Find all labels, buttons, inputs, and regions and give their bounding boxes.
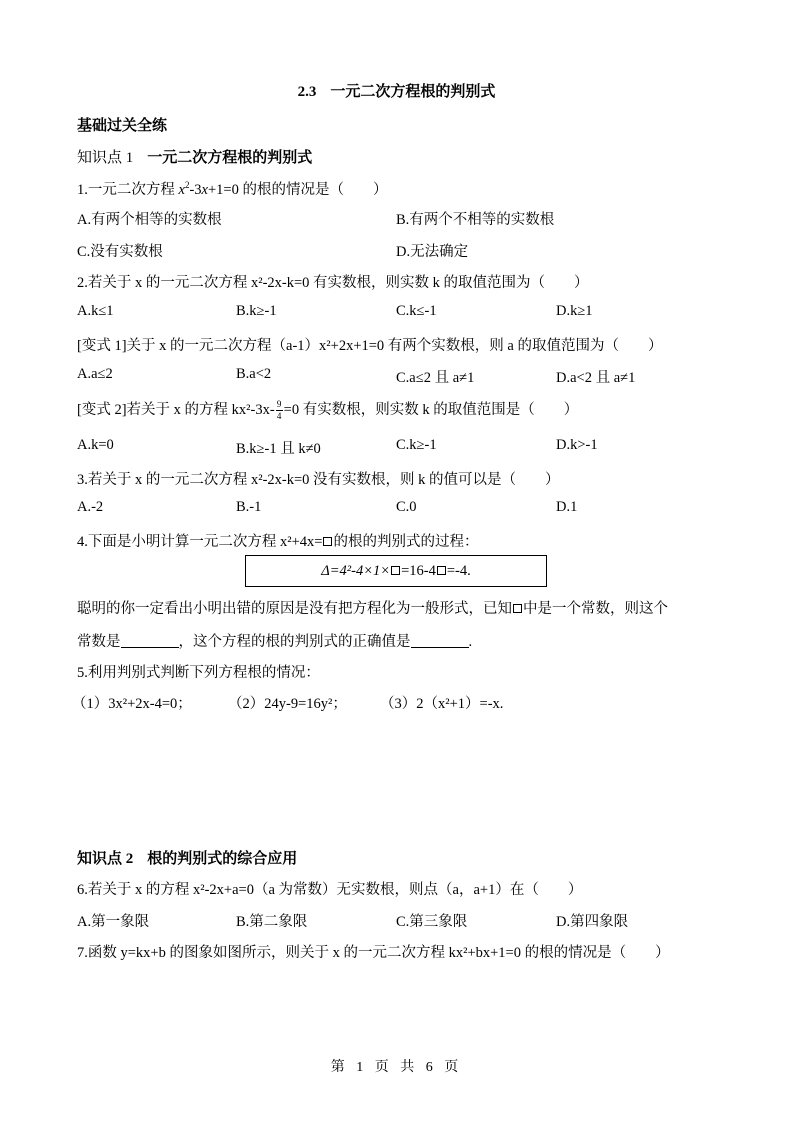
var1-option-c: C.a≤2 且 a≠1	[396, 366, 474, 387]
q2-option-b: B.k≥-1	[236, 303, 277, 320]
q1-option-c: C.没有实数根	[77, 240, 163, 261]
var2-option-b: B.k≥-1 且 k≠0	[236, 437, 321, 458]
variant-2: [变式 2]若关于 x 的方程 kx²-3x-94=0 有实数根，则实数 k 的…	[77, 398, 578, 421]
q1-option-a: A.有两个相等的实数根	[77, 208, 222, 229]
topic-2-heading: 知识点 2根的判别式的综合应用	[77, 847, 297, 868]
placeholder-square-icon	[437, 566, 446, 575]
page-title: 2.3一元二次方程根的判别式	[0, 80, 793, 101]
variant-1: [变式 1]关于 x 的一元二次方程（a-1）x²+2x+1=0 有两个实数根，…	[77, 334, 662, 355]
q5-item-1: （1）3x²+2x-4=0；	[72, 692, 192, 713]
q1-option-d: D.无法确定	[396, 240, 468, 261]
q3-option-a: A.-2	[77, 499, 103, 516]
q2-option-c: C.k≤-1	[396, 303, 437, 320]
topic-1-heading: 知识点 1一元二次方程根的判别式	[77, 146, 312, 167]
q6-option-b: B.第二象限	[236, 910, 307, 931]
q2-option-a: A.k≤1	[77, 303, 114, 320]
question-1: 1.一元二次方程 x2-3x+1=0 的根的情况是（ ）	[77, 178, 387, 199]
var2-option-d: D.k>-1	[556, 437, 598, 454]
question-5: 5.利用判别式判断下列方程根的情况：	[77, 661, 320, 682]
var2-option-c: C.k≥-1	[396, 437, 437, 454]
q5-item-3: （3）2（x²+1）=-x.	[380, 692, 503, 713]
question-2: 2.若关于 x 的一元二次方程 x²-2x-k=0 有实数根，则实数 k 的取值…	[77, 271, 589, 292]
var1-option-a: A.a≤2	[77, 366, 113, 383]
placeholder-square-icon	[391, 566, 400, 575]
q3-option-d: D.1	[556, 499, 577, 516]
q6-option-d: D.第四象限	[556, 910, 628, 931]
section-heading: 基础过关全练	[77, 114, 167, 135]
page-footer: 第 1 页 共 6 页	[0, 1056, 793, 1076]
question-4: 4.下面是小明计算一元二次方程 x²+4x=的根的判别式的过程：	[77, 530, 478, 551]
calculation-box: Δ=4²-4×1×=16-4=-4.	[245, 555, 547, 587]
answer-blank-1[interactable]	[121, 633, 179, 648]
var1-option-b: B.a<2	[236, 366, 271, 383]
q2-option-d: D.k≥1	[556, 303, 593, 320]
q3-option-b: B.-1	[236, 499, 261, 516]
fraction: 94	[276, 400, 283, 421]
var2-option-a: A.k=0	[77, 437, 114, 454]
question-7: 7.函数 y=kx+b 的图象如图所示，则关于 x 的一元二次方程 kx²+bx…	[77, 941, 670, 962]
placeholder-square-icon	[513, 604, 522, 613]
placeholder-square-icon	[323, 537, 332, 546]
q3-option-c: C.0	[396, 499, 417, 516]
question-3: 3.若关于 x 的一元二次方程 x²-2x-k=0 没有实数根，则 k 的值可以…	[77, 468, 560, 489]
q5-item-2: （2）24y-9=16y²；	[228, 692, 347, 713]
question-6: 6.若关于 x 的方程 x²-2x+a=0（a 为常数）无实数根，则点（a，a+…	[77, 878, 582, 899]
q1-option-b: B.有两个不相等的实数根	[396, 208, 554, 229]
q6-option-c: C.第三象限	[396, 910, 467, 931]
var1-option-d: D.a<2 且 a≠1	[556, 366, 635, 387]
q6-option-a: A.第一象限	[77, 910, 149, 931]
q4-explanation-line-1: 聪明的你一定看出小明出错的原因是没有把方程化为一般形式，已知中是一个常数，则这个	[77, 597, 668, 618]
q4-explanation-line-2: 常数是，这个方程的根的判别式的正确值是.	[77, 630, 472, 651]
answer-blank-2[interactable]	[411, 633, 469, 648]
